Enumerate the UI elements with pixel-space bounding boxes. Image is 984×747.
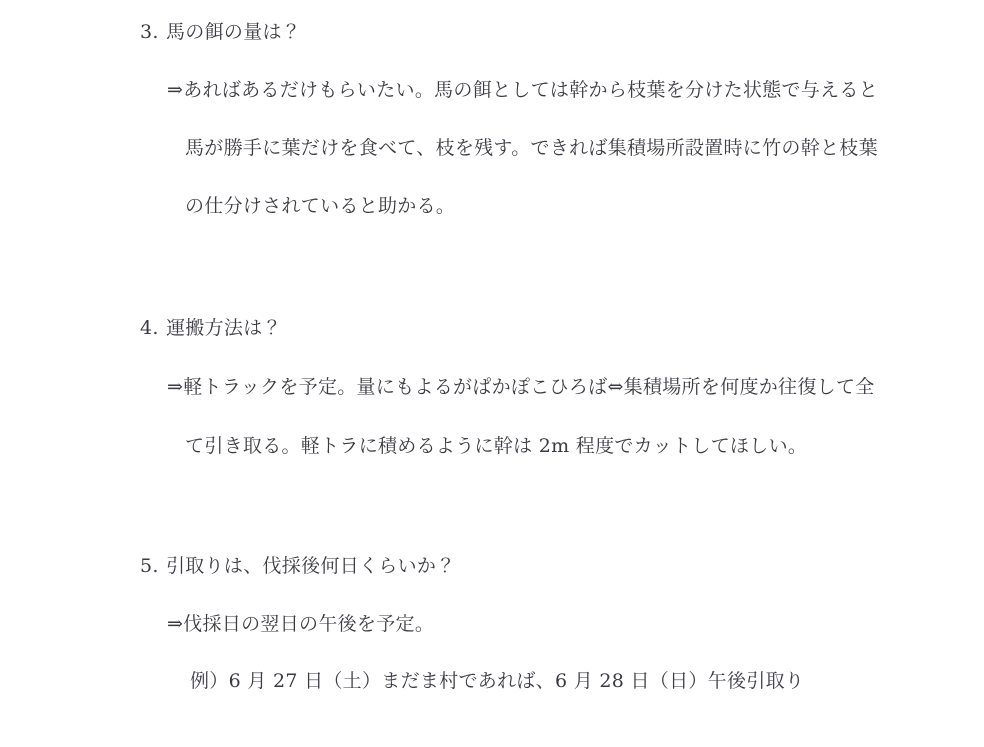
question-line: 3.馬の餌の量は？ <box>140 18 301 46</box>
answer-line: の仕分けされていると助かる。 <box>185 192 455 220</box>
answer-line: ⇒軽トラックを予定。量にもよるがぱかぽこひろば⇔集積場所を何度か往復して全 <box>167 373 875 401</box>
question-number: 5. <box>140 552 166 580</box>
question-text: 馬の餌の量は？ <box>166 21 301 43</box>
answer-line: ⇒あればあるだけもらいたい。馬の餌としては幹から枝葉を分けた状態で与えると <box>167 76 878 104</box>
question-number: 4. <box>140 314 166 342</box>
answer-line: て引き取る。軽トラに積めるように幹は 2m 程度でカットしてほしい。 <box>185 432 807 460</box>
question-number: 3. <box>140 18 166 46</box>
document-page: 3.馬の餌の量は？ ⇒あればあるだけもらいたい。馬の餌としては幹から枝葉を分けた… <box>0 0 984 747</box>
question-line: 4.運搬方法は？ <box>140 314 282 342</box>
question-text: 引取りは、伐採後何日くらいか？ <box>166 555 456 577</box>
question-line: 5.引取りは、伐採後何日くらいか？ <box>140 552 456 580</box>
example-line: 例）6 月 27 日（土）まだま村であれば、6 月 28 日（日）午後引取り <box>190 667 804 695</box>
question-text: 運搬方法は？ <box>166 317 282 339</box>
answer-line: ⇒伐採日の翌日の午後を予定。 <box>167 610 434 638</box>
answer-line: 馬が勝手に葉だけを食べて、枝を残す。できれば集積場所設置時に竹の幹と枝葉 <box>185 134 878 162</box>
